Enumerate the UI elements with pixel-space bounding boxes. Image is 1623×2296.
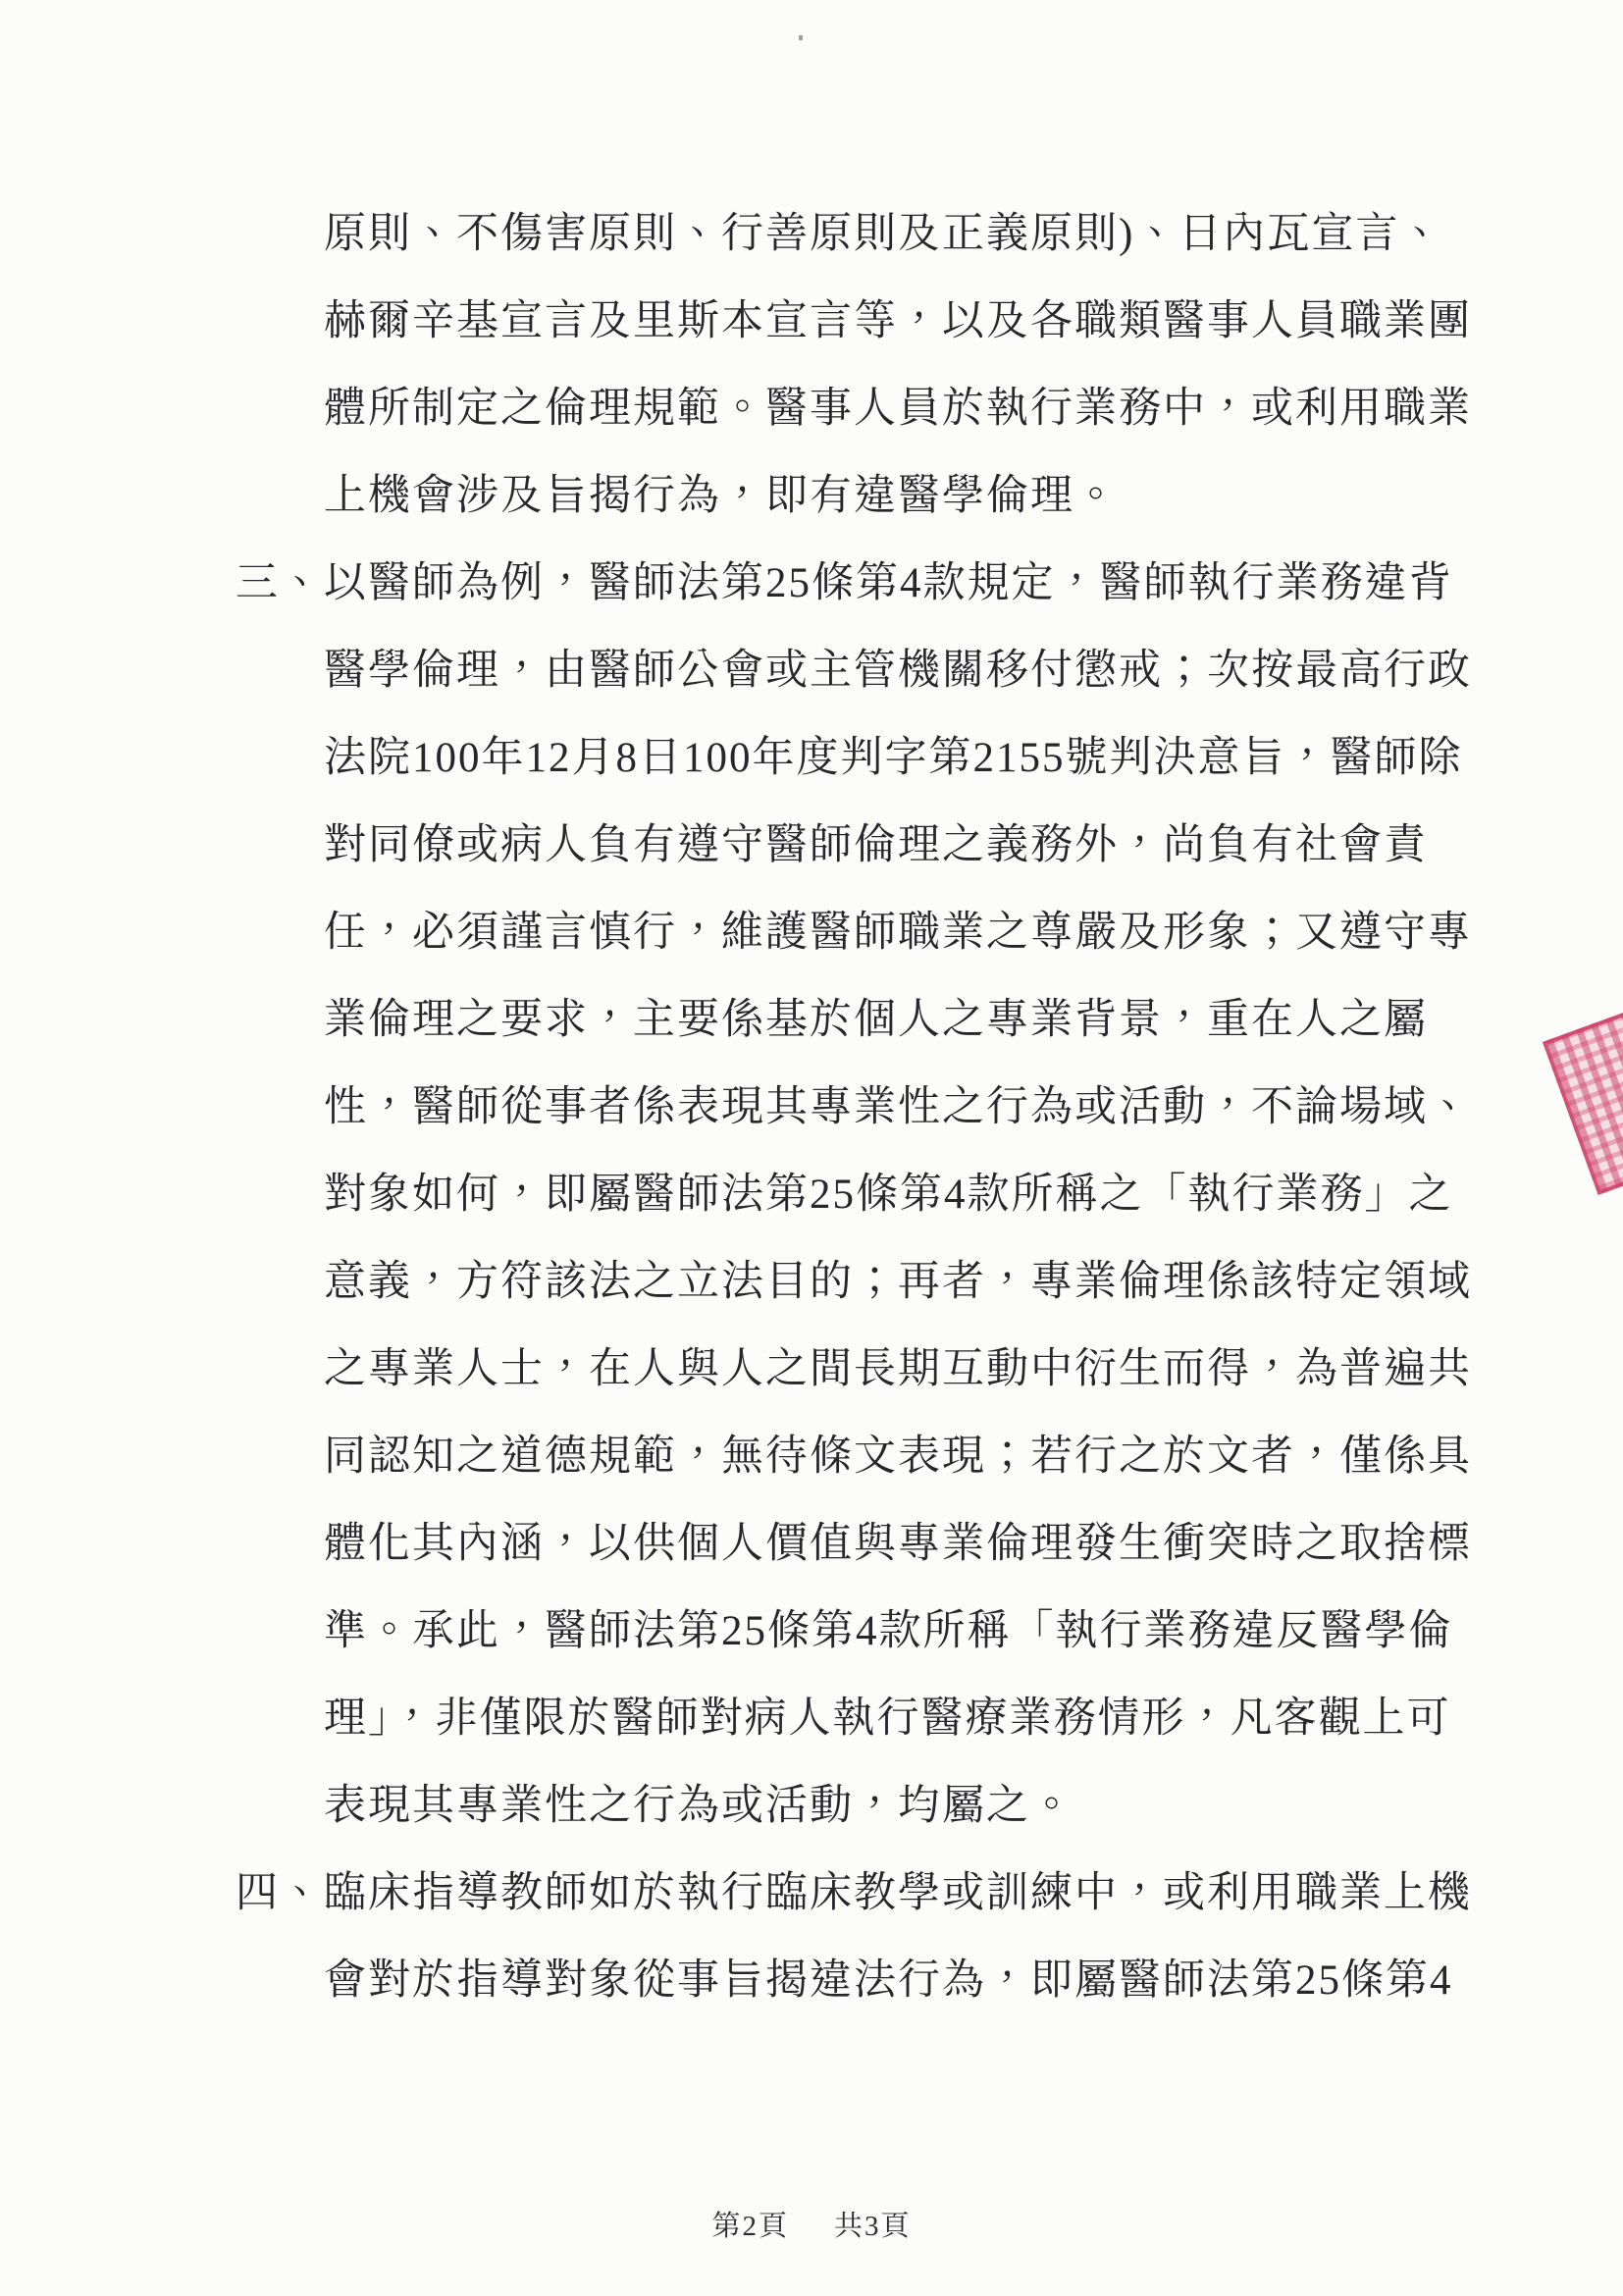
body-text: 原則、不傷害原則、行善原則及正義原則)、日內瓦宣言、 赫爾辛基宣言及里斯本宣言等…: [236, 186, 1492, 2020]
text-line: 體所制定之倫理規範。醫事人員於執行業務中，或利用職業: [236, 361, 1492, 448]
red-seal-stamp: [1543, 956, 1623, 1195]
scan-speck: [799, 35, 803, 40]
text-line-item-4: 四、臨床指導教師如於執行臨床教學或訓練中，或利用職業上機: [236, 1846, 1492, 1933]
text-line-item-3: 三、以醫師為例，醫師法第25條第4款規定，醫師執行業務違背: [236, 536, 1492, 623]
text-line: 會對於指導對象從事旨揭違法行為，即屬醫師法第25條第4: [236, 1933, 1492, 2020]
text-line: 業倫理之要求，主要係基於個人之專業背景，重在人之屬: [236, 972, 1492, 1060]
text-line: 性，醫師從事者係表現其專業性之行為或活動，不論場域、: [236, 1060, 1492, 1147]
text-line: 體化其內涵，以供個人價值與專業倫理發生衝突時之取捨標: [236, 1496, 1492, 1584]
text-line: 醫學倫理，由醫師公會或主管機關移付懲戒；次按最高行政: [236, 623, 1492, 710]
text-line: 理」，非僅限於醫師對病人執行醫療業務情形，凡客觀上可: [236, 1671, 1492, 1758]
text-line: 任，必須謹言慎行，維護醫師職業之尊嚴及形象；又遵守專: [236, 885, 1492, 972]
page-total-label: 共3頁: [834, 2211, 912, 2242]
document-page: 原則、不傷害原則、行善原則及正義原則)、日內瓦宣言、 赫爾辛基宣言及里斯本宣言等…: [0, 0, 1623, 2296]
text-line: 準。承此，醫師法第25條第4款所稱「執行業務違反醫學倫: [236, 1584, 1492, 1671]
text-line: 表現其專業性之行為或活動，均屬之。: [236, 1758, 1492, 1846]
text-line: 之專業人士，在人與人之間長期互動中衍生而得，為普遍共: [236, 1322, 1492, 1409]
text-line: 原則、不傷害原則、行善原則及正義原則)、日內瓦宣言、: [236, 186, 1492, 274]
text-line: 上機會涉及旨揭行為，即有違醫學倫理。: [236, 448, 1492, 536]
text-line: 法院100年12月8日100年度判字第2155號判決意旨，醫師除: [236, 710, 1492, 798]
text-line: 意義，方符該法之立法目的；再者，專業倫理係該特定領域: [236, 1234, 1492, 1322]
page-footer: 第2頁共3頁: [0, 2204, 1623, 2244]
text-line: 同認知之道德規範，無待條文表現；若行之於文者，僅係具: [236, 1409, 1492, 1496]
text-line: 對象如何，即屬醫師法第25條第4款所稱之「執行業務」之: [236, 1147, 1492, 1234]
text-line: 赫爾辛基宣言及里斯本宣言等，以及各職類醫事人員職業團: [236, 274, 1492, 361]
text-line: 對同僚或病人負有遵守醫師倫理之義務外，尚負有社會責: [236, 798, 1492, 885]
page-number-label: 第2頁: [711, 2211, 789, 2242]
